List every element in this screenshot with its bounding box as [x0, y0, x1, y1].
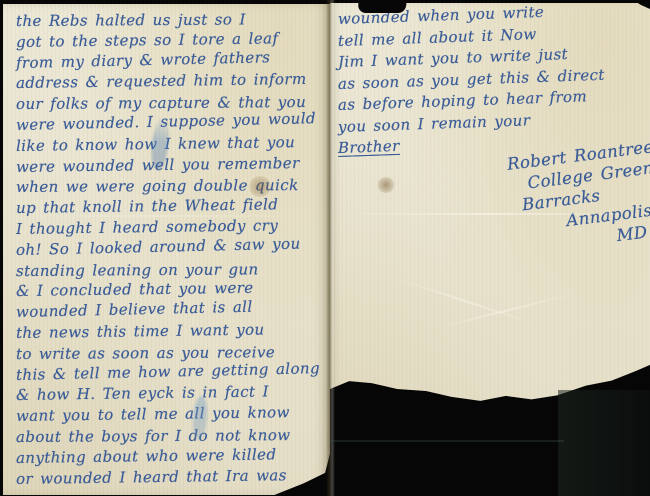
handwriting-line: Brother [338, 136, 400, 160]
paper-crease [335, 213, 645, 215]
scanner-background-line [330, 440, 564, 442]
center-fold [326, 0, 335, 496]
letter-left-page: the Rebs halted us just so Igot to the s… [3, 4, 330, 495]
paper-crease [6, 215, 326, 217]
handwriting-line: the news this time I want you [16, 319, 328, 344]
paper-stain [248, 176, 272, 197]
right-page-text: wounded when you writetell me all about … [338, 9, 643, 160]
handwriting-line: want you to tell me all you know [16, 402, 328, 427]
scanner-clip-tab [357, 0, 407, 13]
letter-scan: the Rebs halted us just so Igot to the s… [0, 0, 650, 496]
scanner-background-seam [558, 390, 650, 496]
paper-stain [377, 177, 395, 193]
handwriting-line: or wounded I heard that Ira was [16, 464, 328, 489]
left-page-text: the Rebs halted us just so Igot to the s… [16, 11, 328, 489]
handwriting-line: were wounded well you remember [16, 152, 328, 177]
signature-block: Robert RoantreeCollege GreenBarracksAnna… [498, 136, 650, 259]
handwriting-line: address & requested him to inform [16, 69, 328, 94]
